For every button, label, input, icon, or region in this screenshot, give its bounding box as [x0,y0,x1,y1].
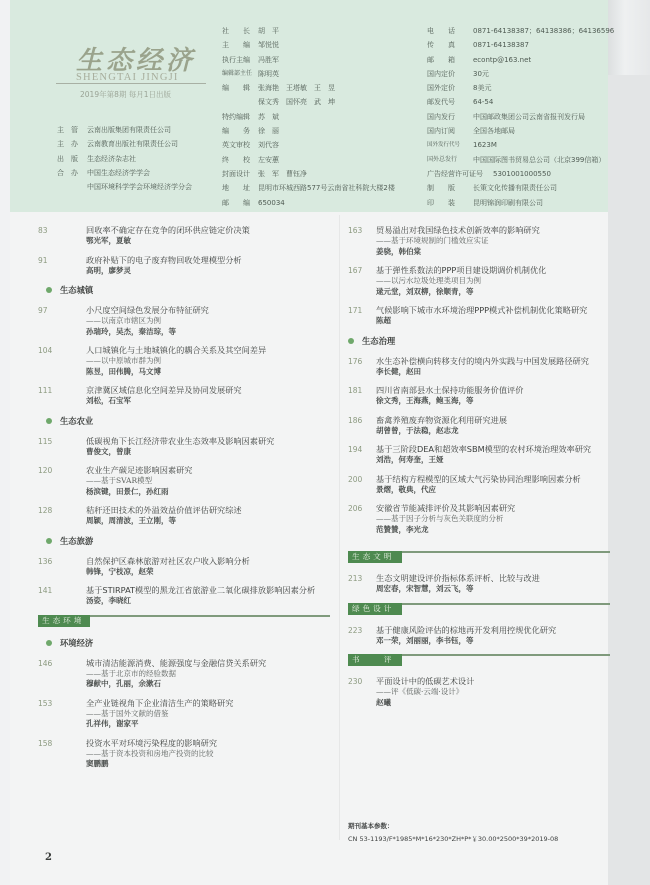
info-row: 保文秀 国怀亮 武 坤 [222,95,395,109]
toc-entry[interactable]: 158投资水平对环境污染程度的影响研究——基于资本投资和房地产投资的比较窦鹏鹏 [38,738,330,770]
issue-info: 2019年第8期 每月1日出版 [80,89,171,100]
info-row: 出 版生态经济杂志社 [57,152,192,166]
section-heading-tourism: 生态旅游 [38,535,330,547]
info-row: 主 编邹悦悦 [222,38,395,52]
toc-entry[interactable]: 213生态文明建设评价指标体系评析、比较与改进周宏春，宋智慧，刘云飞，等 [348,573,610,595]
section-heading-agriculture: 生态农业 [38,415,330,427]
section-band-green-design: 绿色设计 [348,603,610,615]
toc-entry[interactable]: 146城市清洁能源消费、能源强度与金融信贷关系研究——基于北京市的经验数据穆献中… [38,658,330,690]
toc-entry[interactable]: 136自然保护区森林旅游对社区农户收入影响分析韩锋，宁枝凉，赵荣 [38,556,330,578]
toc-entry[interactable]: 111京津冀区域信息化空间差异及协同发展研究刘松，石宝军 [38,385,330,407]
info-row: 编辑部主任陈明英 [222,67,395,81]
toc-entry[interactable]: 176水生态补偿横向转移支付的境内外实践与中国发展路径研究李长健，赵田 [348,356,610,378]
staff-info: 社 长胡 平 主 编邹悦悦 执行主编冯胜军 编辑部主任陈明英 编 辑张海艳 王塔… [222,24,395,210]
toc-entry[interactable]: 194基于三阶段DEA和超效率SBM模型的农村环境治理效率研究刘浩，何寿奎，王娅 [348,444,610,466]
info-row: 中国环境科学学会环境经济学分会 [57,180,192,194]
adjacent-page-edge [608,0,650,885]
info-row: 执行主编冯胜军 [222,53,395,67]
info-row: 制 版长策文化传播有限责任公司 [427,181,614,195]
bullet-icon [46,287,52,293]
toc-entry[interactable]: 141基于STIRPAT模型的黑龙江省旅游业二氧化碳排放影响因素分析汤姿，李晓红 [38,585,330,607]
publisher-info: 主 管云南出版集团有限责任公司 主 办云南教育出版社有限责任公司 出 版生态经济… [57,123,192,194]
toc-entry[interactable]: 97小尺度空间绿色发展分布特征研究——以南京市辖区为例孙瑞玲，吴杰，秦洁琮，等 [38,305,330,337]
contact-info: 电 话0871-64138387；64138386；64136596 传 真08… [427,24,614,210]
info-row: 封面设计张 军 曹钰净 [222,167,395,181]
toc-entry[interactable]: 200基于结构方程模型的区域大气污染协同治理影响因素分析景熠，敬典，代应 [348,474,610,496]
info-row: 邮 箱econtp@163.net [427,53,614,67]
toc-left-column: 83回收率不确定存在竞争的闭环供应链定价决策鄂光军，夏敏 91政府补贴下的电子废… [38,225,330,778]
info-row: 编 务徐 丽 [222,124,395,138]
email-link: econtp@163.net [473,53,531,67]
info-row: 传 真0871-64138387 [427,38,614,52]
toc-entry[interactable]: 104人口城镇化与土地城镇化的耦合关系及其空间差异——以中原城市群为例陈昱，田伟… [38,345,330,377]
toc-entry[interactable]: 128秸秆还田技术的外溢效益价值评估研究综述周颖，周清波，王立刚，等 [38,505,330,527]
info-row: 国内发行中国邮政集团公司云南省报刊发行局 [427,110,614,124]
info-row: 特约编辑苏 斌 [222,110,395,124]
toc-right-column: 163贸易溢出对我国绿色技术创新效率的影响研究——基于环境规制的门槛效应实证姜骁… [348,225,610,716]
info-row: 编 辑张海艳 王塔敏 王 昱 [222,81,395,95]
bullet-icon [46,418,52,424]
section-heading-env-economy: 环境经济 [38,637,330,649]
journal-parameters: 期刊基本参数： CN 53-1193/F*1985*M*16*230*ZH*P*… [348,820,558,846]
toc-entry[interactable]: 167基于弹性系数法的PPP项目建设期调价机制优化——以污水垃圾处理类项目为例逯… [348,265,610,297]
title-rule [56,83,206,84]
info-row: 国外发行代号1623M [427,138,614,152]
info-row: 邮发代号64-54 [427,95,614,109]
info-row: 国外总发行中国国际图书贸易总公司（北京399信箱） [427,153,614,167]
toc-entry[interactable]: 115低碳视角下长江经济带农业生态效率及影响因素研究曹俊文，曾康 [38,436,330,458]
info-row: 国内定价30元 [427,67,614,81]
info-row: 主 管云南出版集团有限责任公司 [57,123,192,137]
toc-entry[interactable]: 120农业生产碳足迹影响因素研究——基于SVAR模型杨滨键，田景仁，孙红雨 [38,465,330,497]
info-row: 电 话0871-64138387；64138386；64136596 [427,24,614,38]
toc-entry[interactable]: 206安徽省节能减排评价及其影响因素研究——基于因子分析与灰色关联度的分析范贊贊… [348,503,610,535]
column-divider [339,215,340,840]
section-band-environment: 生态环境 [38,615,330,627]
toc-entry[interactable]: 153全产业链视角下企业清洁生产的策略研究——基于国外文献的借鉴孔祥伟，谢家平 [38,698,330,730]
section-heading-governance: 生态治理 [348,335,610,347]
info-row: 邮 编650034 [222,196,395,210]
info-row: 合 办中国生态经济学学会 [57,166,192,180]
info-row: 印 装昆明锦润印刷有限公司 [427,196,614,210]
info-row: 主 办云南教育出版社有限责任公司 [57,137,192,151]
info-row: 国外定价8美元 [427,81,614,95]
journal-pinyin: SHENGTAI JINGJI [76,72,179,83]
toc-entry[interactable]: 230平面设计中的低碳艺术设计——评《低碳·云端·设计》赵曦 [348,676,610,708]
toc-entry[interactable]: 163贸易溢出对我国绿色技术创新效率的影响研究——基于环境规制的门槛效应实证姜骁… [348,225,610,257]
section-heading-towns: 生态城镇 [38,284,330,296]
bullet-icon [46,538,52,544]
section-band-book-review: 书 评 [348,654,610,666]
toc-entry[interactable]: 171气候影响下城市水环境治理PPP模式补偿机制优化策略研究陈超 [348,305,610,327]
info-row: 广告经营许可证号5301001000550 [427,167,614,181]
toc-entry[interactable]: 223基于健康风险评估的棕地再开发利用控规优化研究邓一荣，刘丽丽，李书钰，等 [348,625,610,647]
toc-entry[interactable]: 91政府补贴下的电子废弃物回收处理模型分析高明，廖梦灵 [38,255,330,277]
bullet-icon [46,640,52,646]
params-value: CN 53-1193/F*1985*M*16*230*ZH*P*￥30.00*2… [348,833,558,846]
toc-entry[interactable]: 186畜禽养殖废弃物资源化利用研究进展胡曾曾，于法稳，赵志龙 [348,415,610,437]
bullet-icon [348,338,354,344]
info-row: 终 校左安蕙 [222,153,395,167]
info-row: 英文审校刘代容 [222,138,395,152]
page-number: 2 [45,852,52,863]
info-row: 地 址昆明市环城西路577号云南省社科院大楼2楼 [222,181,395,195]
toc-entry[interactable]: 181四川省南部县水土保持功能服务价值评价徐文秀，王海燕，鲍玉海，等 [348,385,610,407]
info-row: 社 长胡 平 [222,24,395,38]
toc-entry[interactable]: 83回收率不确定存在竞争的闭环供应链定价决策鄂光军，夏敏 [38,225,330,247]
info-row: 国内订阅全国各地邮局 [427,124,614,138]
params-label: 期刊基本参数： [348,820,558,833]
section-band-civilization: 生态文明 [348,551,610,563]
